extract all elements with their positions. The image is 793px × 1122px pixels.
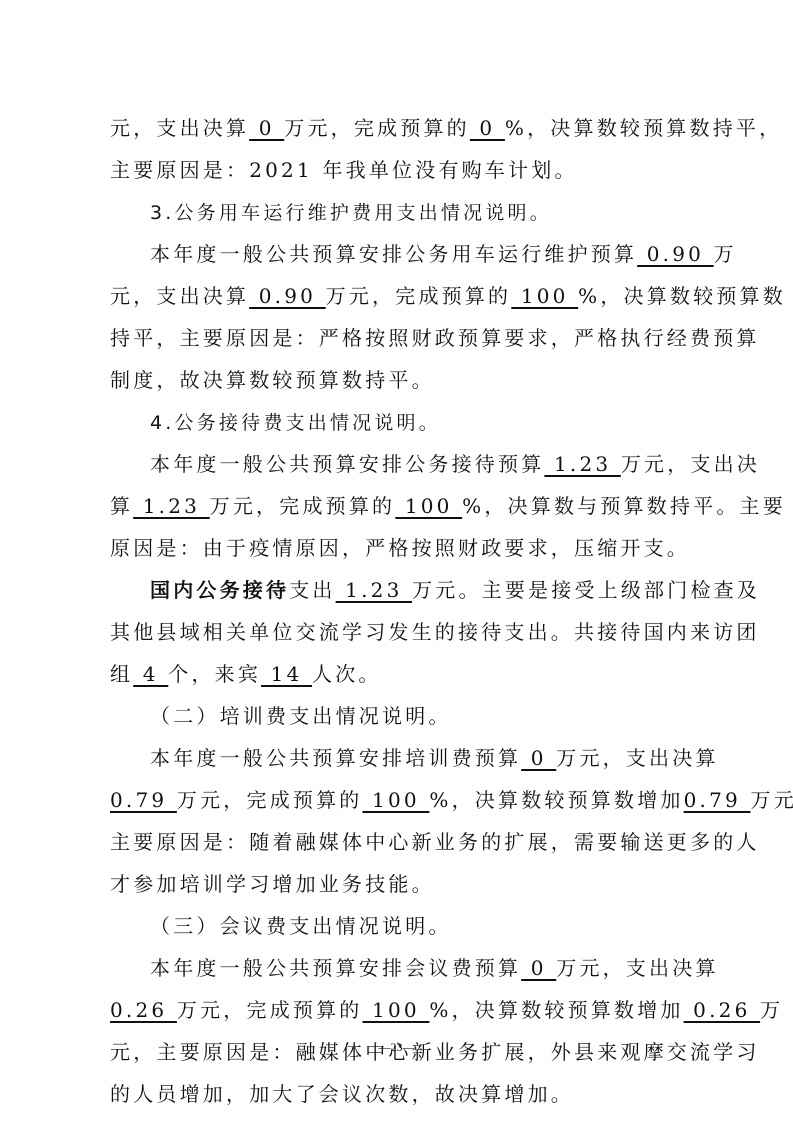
text-segment: %，决算数较预算数持平， — [505, 116, 782, 140]
text-segment: 万元，完成预算的 — [177, 788, 363, 812]
text-line: 持平，主要原因是：严格按照财政预算要求，严格执行经费预算 — [110, 324, 760, 352]
text-line: 才参加培训学习增加业务技能。 — [110, 870, 435, 898]
text-segment: 个，来宾 — [168, 662, 261, 686]
underlined-value: 0.79 — [684, 788, 751, 812]
underlined-value: 0 — [470, 116, 505, 140]
text-line: 0.26 万元，完成预算的 100 %，决算数较预算数增加 0.26 万 — [110, 996, 783, 1024]
underlined-value: 0.26 — [684, 998, 760, 1022]
text-line: （三）会议费支出情况说明。 — [150, 912, 452, 940]
text-line: 元，支出决算 0.90 万元，完成预算的 100 %，决算数较预算数 — [110, 282, 786, 310]
text-segment: 算 — [110, 494, 133, 518]
text-segment: %，决算数较预算数 — [578, 284, 786, 308]
underlined-value: 0 — [249, 116, 284, 140]
text-line: 的人员增加，加大了会议次数，故决算增加。 — [110, 1080, 574, 1108]
text-segment: 本年度一般公共预算安排培训费预算 — [150, 746, 521, 770]
text-segment: （二）培训费支出情况说明。 — [150, 704, 452, 728]
text-line: 主要原因是：随着融媒体中心新业务的扩展，需要输送更多的人 — [110, 828, 760, 856]
underlined-value: 0 — [521, 956, 556, 980]
text-segment: 的人员增加，加大了会议次数，故决算增加。 — [110, 1082, 574, 1106]
text-segment: 4.公务接待费支出情况说明。 — [150, 412, 441, 434]
underlined-value: 1.23 — [544, 452, 620, 476]
text-line: 本年度一般公共预算安排公务接待预算 1.23 万元，支出决 — [150, 450, 760, 478]
text-line: 0.79 万元，完成预算的 100 %，决算数较预算数增加0.79 万元， — [110, 786, 793, 814]
text-segment: 制度，故决算数较预算数持平。 — [110, 368, 435, 392]
text-line: 其他县域相关单位交流学习发生的接待支出。共接待国内来访团 — [110, 618, 760, 646]
text-line: 主要原因是：2021 年我单位没有购车计划。 — [110, 156, 578, 184]
text-segment: 万 — [760, 998, 783, 1022]
text-line: 本年度一般公共预算安排会议费预算 0 万元，支出决算 — [150, 954, 719, 982]
text-segment: 万元，完成预算的 — [210, 494, 396, 518]
text-segment: 万元，支出决算 — [556, 746, 718, 770]
text-segment: 才参加培训学习增加业务技能。 — [110, 872, 435, 896]
text-segment: %，决算数较预算数增加 — [429, 788, 683, 812]
text-line: （二）培训费支出情况说明。 — [150, 702, 452, 730]
underlined-value: 100 — [363, 788, 430, 812]
underlined-value: 1.23 — [133, 494, 209, 518]
underlined-value: 1.23 — [336, 578, 412, 602]
text-segment: %，决算数较预算数增加 — [429, 998, 683, 1022]
text-segment: 本年度一般公共预算安排会议费预算 — [150, 956, 521, 980]
text-segment: 万元，支出决 — [621, 452, 760, 476]
text-line: 本年度一般公共预算安排培训费预算 0 万元，支出决算 — [150, 744, 719, 772]
text-line: 国内公务接待支出 1.23 万元。主要是接受上级部门检查及 — [150, 576, 760, 604]
text-line: 组 4 个，来宾 14 人次。 — [110, 660, 382, 688]
text-segment: 其他县域相关单位交流学习发生的接待支出。共接待国内来访团 — [110, 620, 760, 644]
underlined-value: 0.79 — [110, 788, 177, 812]
text-segment: 万元，完成预算的 — [284, 116, 470, 140]
text-segment: 万元， — [751, 788, 793, 812]
text-line: 算 1.23 万元，完成预算的 100 %，决算数与预算数持平。主要 — [110, 492, 786, 520]
text-segment: 主要原因是：随着融媒体中心新业务的扩展，需要输送更多的人 — [110, 830, 760, 854]
text-line: 元，支出决算 0 万元，完成预算的 0 %，决算数较预算数持平， — [110, 114, 782, 142]
text-segment: 万元，完成预算的 — [326, 284, 512, 308]
underlined-value: 0 — [521, 746, 556, 770]
text-line: 本年度一般公共预算安排公务用车运行维护预算 0.90 万 — [150, 240, 737, 268]
page-number: —23— — [0, 1040, 793, 1055]
underlined-value: 14 — [261, 662, 312, 686]
text-segment: 万元，完成预算的 — [177, 998, 363, 1022]
text-segment: 组 — [110, 662, 133, 686]
text-segment: 主要原因是：2021 年我单位没有购车计划。 — [110, 158, 578, 182]
text-line: 4.公务接待费支出情况说明。 — [150, 408, 441, 436]
text-segment: 万元。主要是接受上级部门检查及 — [412, 578, 760, 602]
text-segment: 元，支出决算 — [110, 116, 249, 140]
underlined-value: 100 — [511, 284, 578, 308]
text-segment: 人次。 — [312, 662, 382, 686]
text-segment: 万 — [714, 242, 737, 266]
underlined-value: 0.90 — [249, 284, 325, 308]
text-line: 3.公务用车运行维护费用支出情况说明。 — [150, 198, 552, 226]
underlined-value: 4 — [133, 662, 168, 686]
bold-label: 国内公务接待 — [150, 578, 289, 602]
text-segment: （三）会议费支出情况说明。 — [150, 914, 452, 938]
text-segment: 元，支出决算 — [110, 284, 249, 308]
text-segment: 3.公务用车运行维护费用支出情况说明。 — [150, 202, 552, 224]
text-line: 原因是：由于疫情原因，严格按照财政要求，压缩开支。 — [110, 534, 690, 562]
underlined-value: 100 — [395, 494, 462, 518]
underlined-value: 0.90 — [637, 242, 713, 266]
text-segment: 支出 — [289, 578, 335, 602]
text-line: 制度，故决算数较预算数持平。 — [110, 366, 435, 394]
text-segment: 本年度一般公共预算安排公务用车运行维护预算 — [150, 242, 637, 266]
underlined-value: 0.26 — [110, 998, 177, 1022]
text-segment: 原因是：由于疫情原因，严格按照财政要求，压缩开支。 — [110, 536, 690, 560]
text-segment: 持平，主要原因是：严格按照财政预算要求，严格执行经费预算 — [110, 326, 760, 350]
text-segment: 本年度一般公共预算安排公务接待预算 — [150, 452, 544, 476]
text-segment: 万元，支出决算 — [556, 956, 718, 980]
text-segment: %，决算数与预算数持平。主要 — [462, 494, 786, 518]
underlined-value: 100 — [363, 998, 430, 1022]
